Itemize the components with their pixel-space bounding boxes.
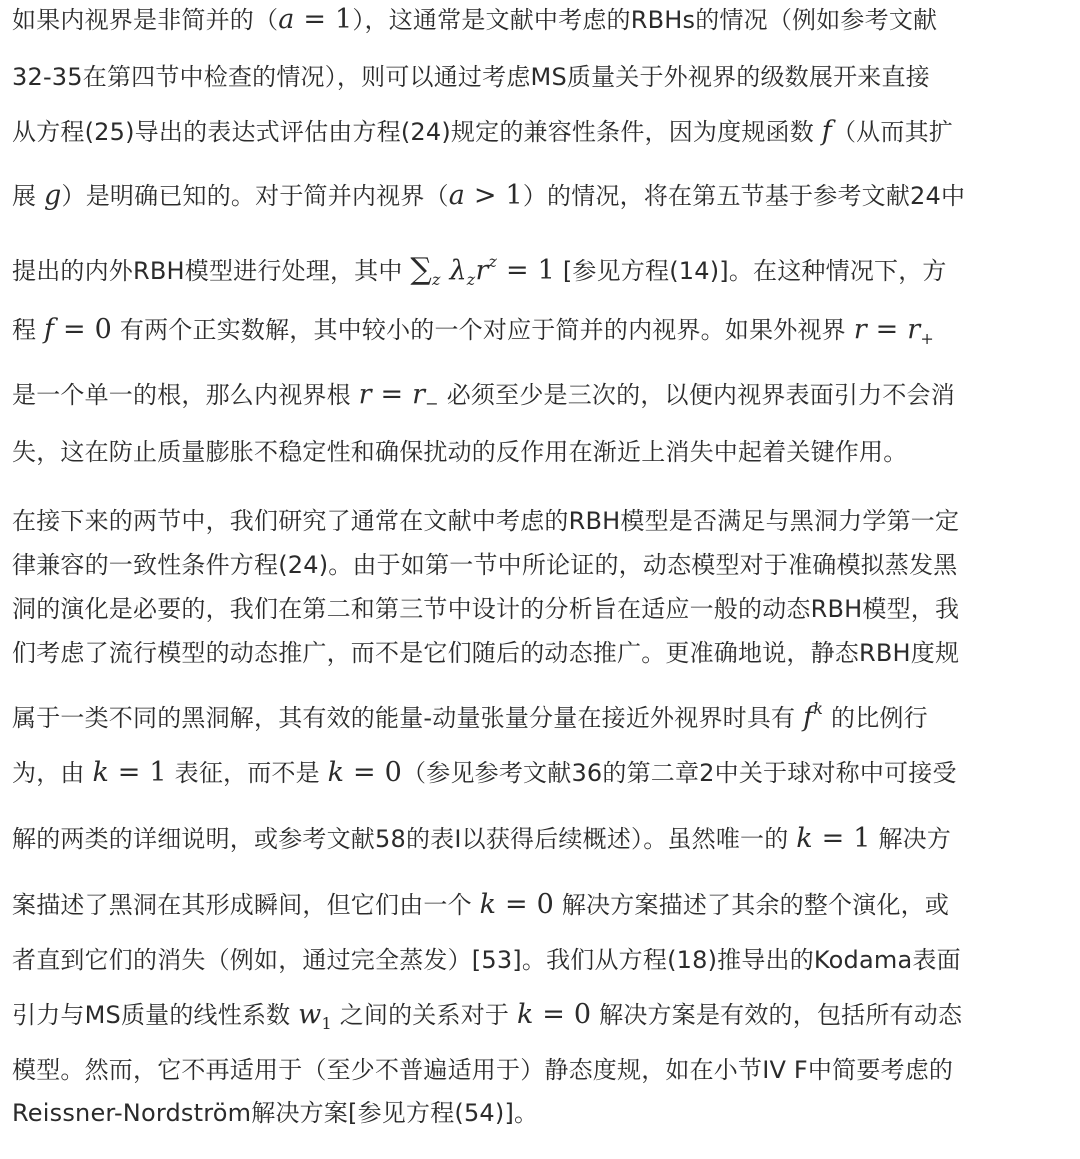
text-line: 引力与MS质量的线性系数 w1 之间的关系对于 k = 0 解决方案是有效的，包… bbox=[12, 999, 1062, 1040]
text-line: 从方程(25)导出的表达式评估由方程(24)规定的兼容性条件，因为度规函数 f（… bbox=[12, 116, 1062, 148]
math-a: a bbox=[278, 4, 294, 35]
text-line: 洞的演化是必要的，我们在第二和第三节中设计的分析旨在适应一般的动态RBH模型，我 bbox=[12, 593, 1062, 625]
text-line: 提出的内外RBH模型进行处理，其中 ∑z λzrz = 1 [参见方程(14)]… bbox=[12, 246, 1062, 296]
text-line: 32-35在第四节中检查的情况），则可以通过考虑MS质量关于外视界的级数展开来直… bbox=[12, 61, 1062, 93]
math-g: g bbox=[44, 180, 61, 211]
text-line: 们考虑了流行模型的动态推广，而不是它们随后的动态推广。更准确地说，静态RBH度规 bbox=[12, 637, 1062, 669]
text-line: 律兼容的一致性条件方程(24)。由于如第一节中所论证的，动态模型对于准确模拟蒸发… bbox=[12, 549, 1062, 581]
text-line: 如果内视界是非简并的（a = 1），这通常是文献中考虑的RBHs的情况（例如参考… bbox=[12, 4, 1062, 36]
text-line: 解的两类的详细说明，或参考文献58的表I以获得后续概述）。虽然唯一的 k = 1… bbox=[12, 823, 1062, 855]
text-line: 是一个单一的根，那么内视界根 r = r− 必须至少是三次的，以便内视界表面引力… bbox=[12, 379, 1062, 420]
text-line: 者直到它们的消失（例如，通过完全蒸发）[53]。我们从方程(18)推导出的Kod… bbox=[12, 944, 1062, 976]
text-line: 模型。然而，它不再适用于（至少不普遍适用于）静态度规，如在小节IV F中简要考虑… bbox=[12, 1054, 1062, 1086]
text-line: 展 g）是明确已知的。对于简并内视界（a > 1）的情况，将在第五节基于参考文献… bbox=[12, 180, 1062, 212]
text-line: 失，这在防止质量膨胀不稳定性和确保扰动的反作用在渐近上消失中起着关键作用。 bbox=[12, 436, 1062, 468]
math-f: f bbox=[822, 116, 832, 147]
text-line: 程 f = 0 有两个正实数解，其中较小的一个对应于简并的内视界。如果外视界 r… bbox=[12, 314, 1062, 355]
text-line: 案描述了黑洞在其形成瞬间，但它们由一个 k = 0 解决方案描述了其余的整个演化… bbox=[12, 889, 1062, 921]
text-line: 在接下来的两节中，我们研究了通常在文献中考虑的RBH模型是否满足与黑洞力学第一定 bbox=[12, 505, 1062, 537]
text-line: 为，由 k = 1 表征，而不是 k = 0（参见参考文献36的第二章2中关于球… bbox=[12, 757, 1062, 789]
math-sum: ∑ bbox=[410, 252, 432, 287]
text-line: Reissner-Nordström解决方案[参见方程(54)]。 bbox=[12, 1097, 1062, 1129]
text-line: 属于一类不同的黑洞解，其有效的能量-动量张量分量在接近外视界时具有 fk 的比例… bbox=[12, 693, 1062, 734]
